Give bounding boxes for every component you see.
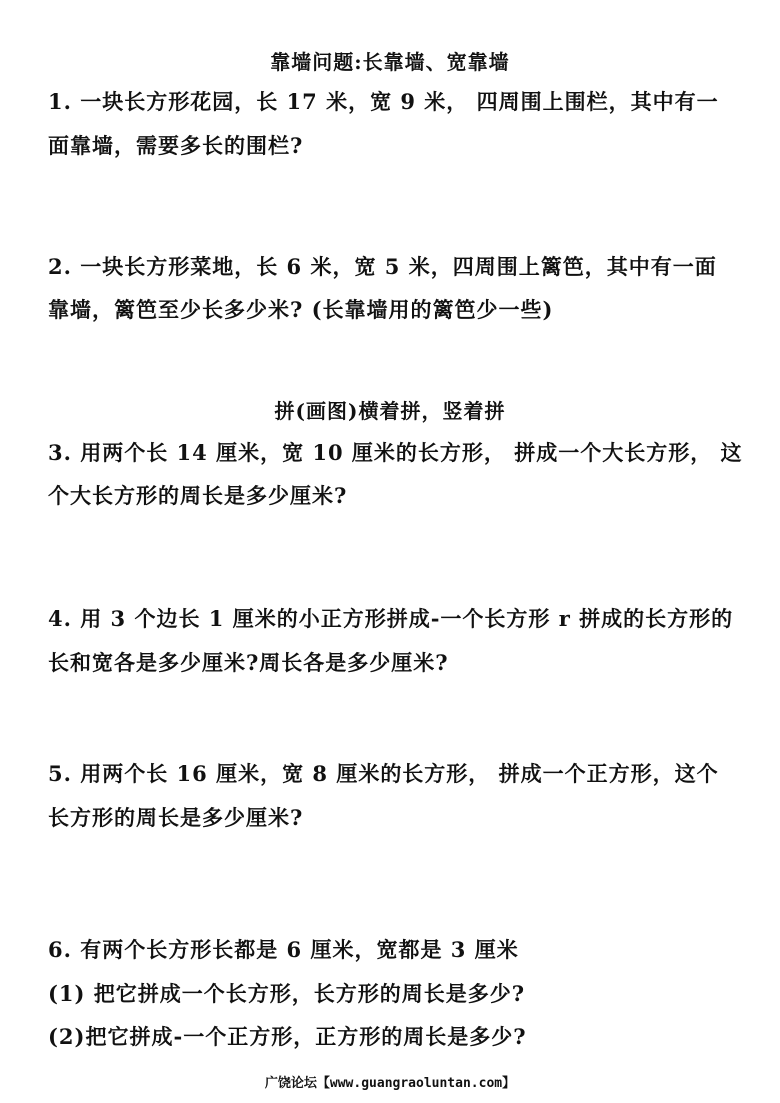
- question-line: (2)把它拼成-一个正方形，正方形的周长是多少?: [48, 1021, 527, 1051]
- footer: 广饶论坛【www.guangraoluntan.com】: [0, 1072, 780, 1091]
- question-line: (1) 把它拼成一个长方形，长方形的周长是多少?: [48, 978, 525, 1008]
- footer-url[interactable]: 【www.guangraoluntan.com】: [317, 1076, 515, 1091]
- section-heading-combine: 拼(画图)横着拼，竖着拼: [0, 395, 780, 424]
- question-line: 2. 一块长方形菜地，长 6 米，宽 5 米，四周围上篱笆，其中有一面: [48, 251, 717, 281]
- question-line: 1. 一块长方形花园，长 17 米，宽 9 米， 四周围上围栏，其中有一: [48, 86, 719, 116]
- question-line: 靠墙，篱笆至少长多少米? (长靠墙用的篱笆少一些): [48, 294, 554, 324]
- footer-site-name: 广饶论坛: [265, 1076, 317, 1091]
- question-line: 5. 用两个长 16 厘米，宽 8 厘米的长方形， 拼成一个正方形，这个: [48, 758, 719, 788]
- section-heading-wall: 靠墙问题:长靠墙、宽靠墙: [0, 46, 780, 75]
- question-line: 3. 用两个长 14 厘米，宽 10 厘米的长方形， 拼成一个大长方形， 这: [48, 437, 743, 467]
- question-line: 6. 有两个长方形长都是 6 厘米，宽都是 3 厘米: [48, 934, 519, 964]
- question-line: 个大长方形的周长是多少厘米?: [48, 480, 347, 510]
- question-line: 4. 用 3 个边长 1 厘米的小正方形拼成-一个长方形 r 拼成的长方形的: [48, 603, 733, 633]
- question-line: 面靠墙，需要多长的围栏?: [48, 130, 303, 160]
- question-line: 长和宽各是多少厘米?周长各是多少厘米?: [48, 647, 449, 677]
- question-line: 长方形的周长是多少厘米?: [48, 802, 303, 832]
